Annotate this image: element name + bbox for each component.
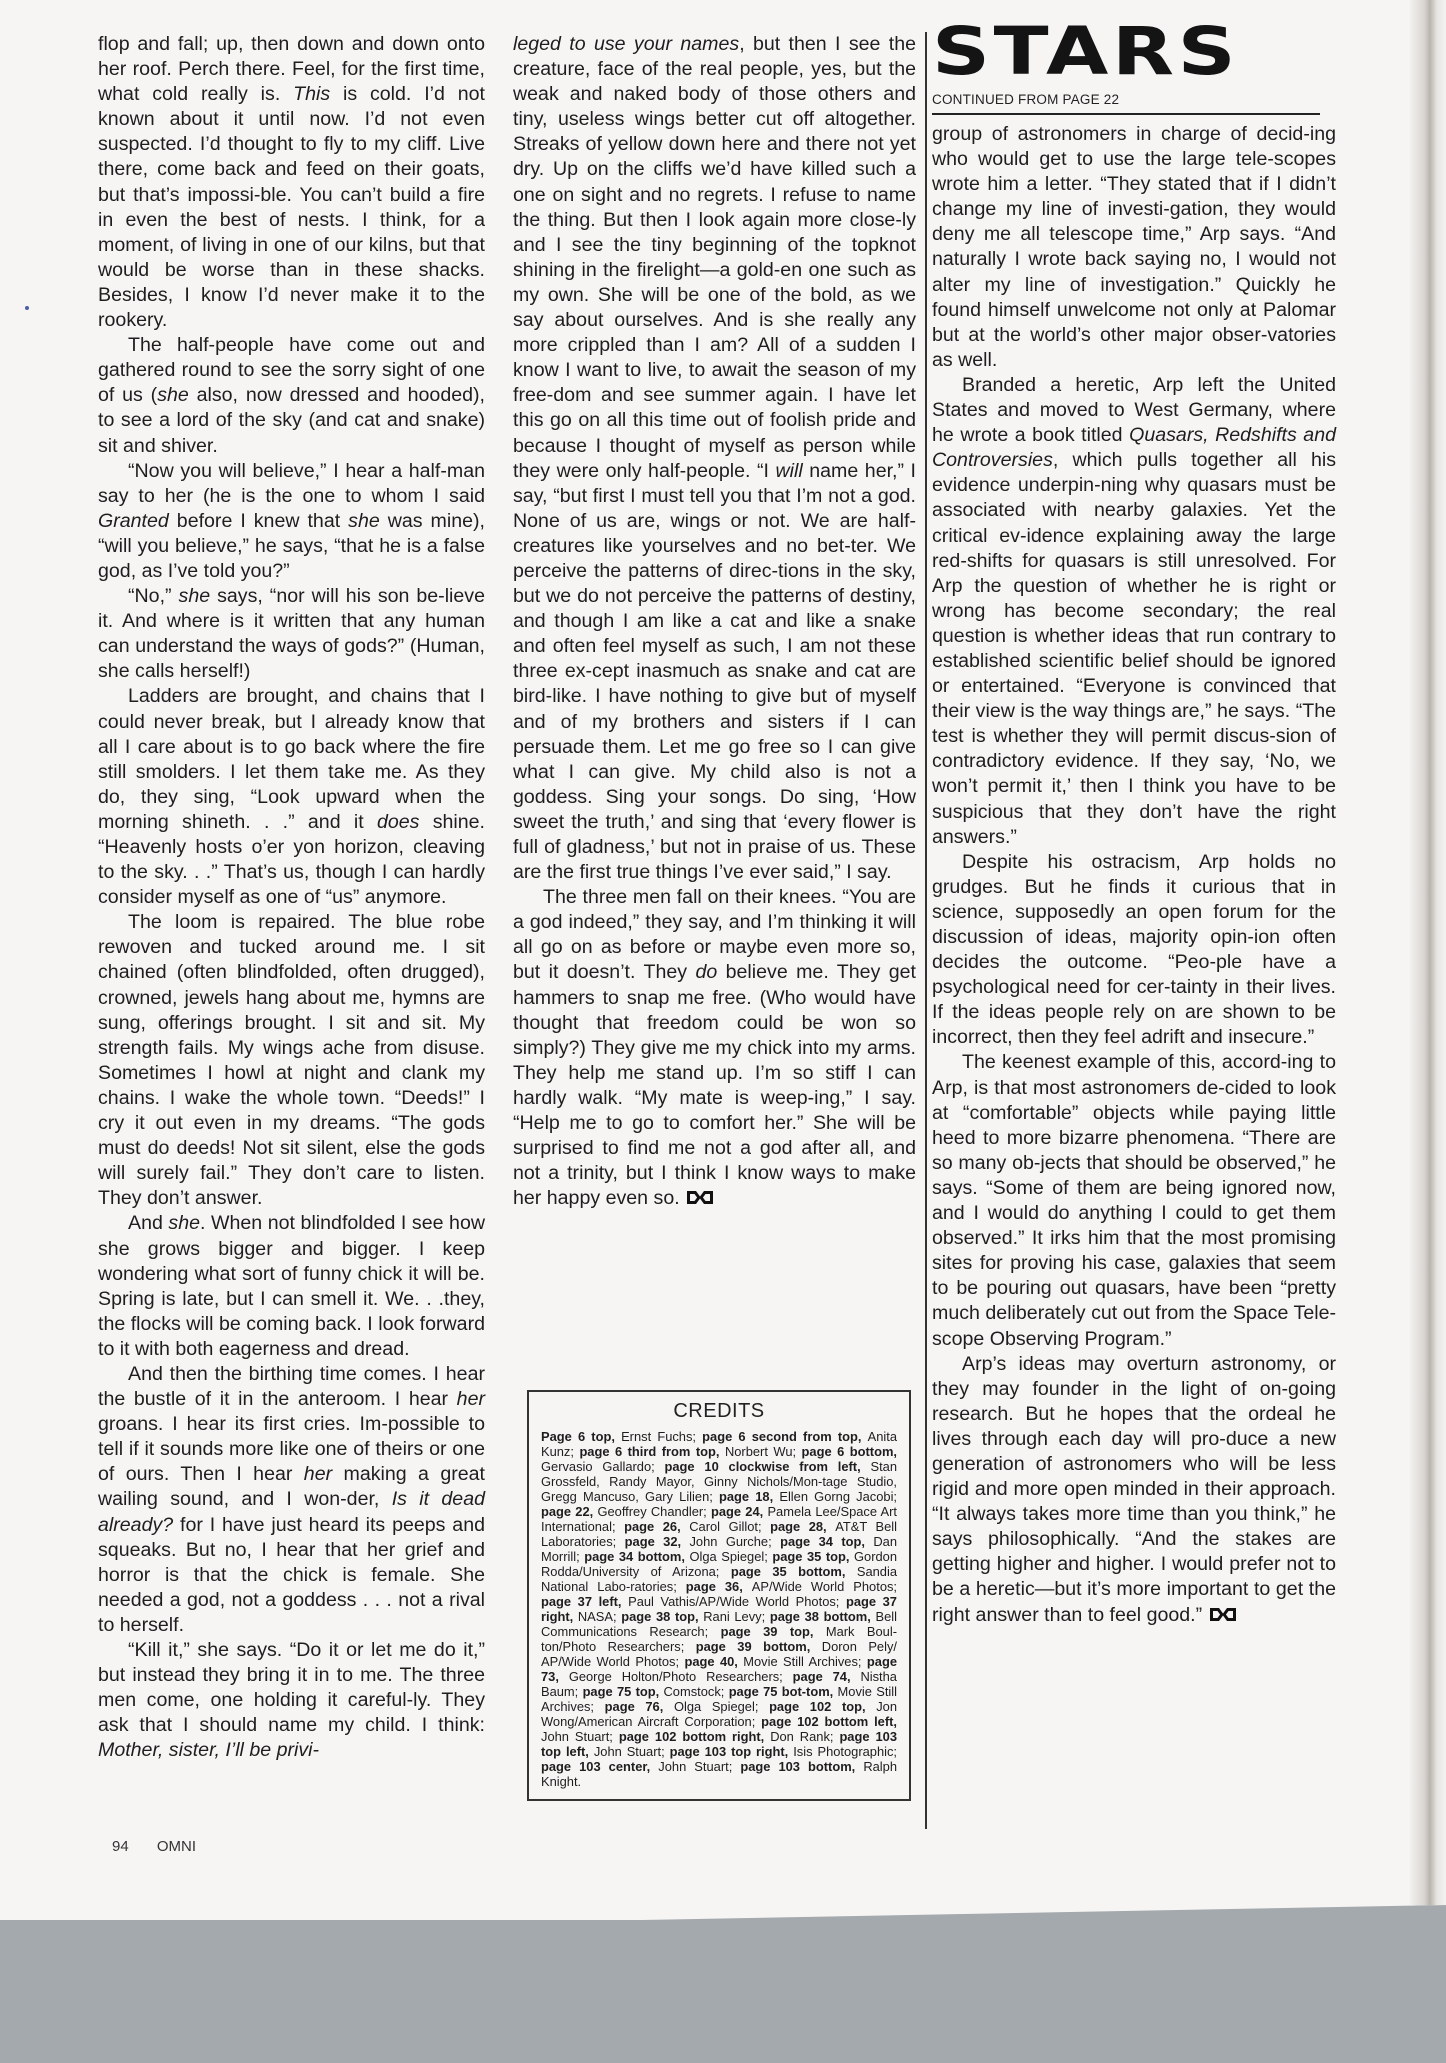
credit-page-ref: page 40, xyxy=(684,1654,743,1669)
credit-page-ref: page 6 third from top, xyxy=(579,1444,725,1459)
column-divider xyxy=(925,32,927,1829)
credit-page-ref: page 102 top, xyxy=(769,1699,876,1714)
credit-page-ref: page 18, xyxy=(719,1489,779,1504)
paragraph: And then the birthing time comes. I hear… xyxy=(98,1362,485,1638)
paragraph: And she. When not blindfolded I see how … xyxy=(98,1211,485,1362)
credit-name: NASA; xyxy=(578,1609,621,1624)
credit-name: Isis Photographic; xyxy=(793,1744,897,1759)
page-footer: 94 OMNI xyxy=(112,1838,196,1855)
credit-page-ref: page 103 bottom, xyxy=(740,1759,863,1774)
credit-name: Don Rank; xyxy=(770,1729,839,1744)
paragraph: Despite his ostracism, Arp holds no grud… xyxy=(932,850,1336,1051)
paragraph: The half-people have come out and gather… xyxy=(98,333,485,458)
section-title: STARS xyxy=(932,22,1425,82)
credit-page-ref: page 75 top, xyxy=(583,1684,664,1699)
credits-box: CREDITS Page 6 top, Ernst Fuchs; page 6 … xyxy=(527,1390,911,1801)
credit-name: Comstock; xyxy=(664,1684,729,1699)
credit-name: Ernst Fuchs; xyxy=(621,1429,702,1444)
page-number: 94 xyxy=(112,1838,129,1855)
paragraph: flop and fall; up, then down and down on… xyxy=(98,32,485,333)
credit-page-ref: page 74, xyxy=(793,1669,861,1684)
magazine-name: OMNI xyxy=(157,1838,196,1855)
credit-page-ref: page 28, xyxy=(770,1519,835,1534)
credit-name: George Holton/Photo Researchers; xyxy=(569,1669,793,1684)
credit-page-ref: page 24, xyxy=(711,1504,767,1519)
credits-title: CREDITS xyxy=(541,1400,897,1423)
credit-name: Norbert Wu; xyxy=(725,1444,802,1459)
header-rule xyxy=(932,113,1320,115)
credit-page-ref: page 38 bottom, xyxy=(770,1609,876,1624)
credit-page-ref: Page 6 top, xyxy=(541,1429,621,1444)
credit-name: Movie Still Archives; xyxy=(743,1654,867,1669)
credit-name: Olga Spiegel; xyxy=(674,1699,769,1714)
credit-page-ref: page 35 top, xyxy=(772,1549,854,1564)
story-column-2: leged to use your names, but then I see … xyxy=(513,32,916,1211)
credit-page-ref: page 34 bottom, xyxy=(584,1549,689,1564)
paragraph: The keenest example of this, accord-ing … xyxy=(932,1050,1336,1351)
credit-page-ref: page 102 bottom left, xyxy=(761,1714,897,1729)
credit-name: John Gurche; xyxy=(689,1534,780,1549)
credit-page-ref: page 34 top, xyxy=(780,1534,873,1549)
continued-from-label: CONTINUED FROM PAGE 22 xyxy=(932,92,1336,107)
credit-page-ref: page 39 bottom, xyxy=(696,1639,822,1654)
paragraph: Branded a heretic, Arp left the United S… xyxy=(932,373,1336,850)
stars-article-column: group of astronomers in charge of decid-… xyxy=(932,122,1336,1628)
credit-page-ref: page 6 second from top, xyxy=(702,1429,867,1444)
paragraph: The three men fall on their knees. “You … xyxy=(513,885,916,1211)
binding-gutter xyxy=(1410,0,1446,1915)
credit-page-ref: page 10 clockwise from left, xyxy=(665,1459,871,1474)
credit-page-ref: page 102 bottom right, xyxy=(619,1729,770,1744)
paragraph: Arp’s ideas may overturn astronomy, or t… xyxy=(932,1352,1336,1628)
paragraph: leged to use your names, but then I see … xyxy=(513,32,916,885)
paragraph: “No,” she says, “nor will his son be-lie… xyxy=(98,584,485,684)
credit-name: John Stuart; xyxy=(658,1759,740,1774)
credit-page-ref: page 76, xyxy=(605,1699,674,1714)
credit-page-ref: page 37 left, xyxy=(541,1594,628,1609)
credits-list: Page 6 top, Ernst Fuchs; page 6 second f… xyxy=(541,1429,897,1789)
credit-page-ref: page 36, xyxy=(686,1579,752,1594)
magazine-page: flop and fall; up, then down and down on… xyxy=(0,0,1446,1920)
credit-name: Gervasio Gallardo; xyxy=(541,1459,665,1474)
margin-ink-dot xyxy=(25,306,29,310)
credit-page-ref: page 22, xyxy=(541,1504,597,1519)
credit-page-ref: page 26, xyxy=(624,1519,689,1534)
credit-name: Carol Gillot; xyxy=(689,1519,770,1534)
credit-page-ref: page 6 bottom, xyxy=(802,1444,897,1459)
credit-name: AP/Wide World Photos; xyxy=(752,1579,897,1594)
credit-name: John Stuart; xyxy=(594,1744,670,1759)
credit-name: Geoffrey Chandler; xyxy=(597,1504,711,1519)
credit-name: Rani Levy; xyxy=(703,1609,770,1624)
credit-page-ref: page 75 bot-tom, xyxy=(729,1684,838,1699)
paragraph: “Kill it,” she says. “Do it or let me do… xyxy=(98,1638,485,1763)
paragraph: “Now you will believe,” I hear a half-ma… xyxy=(98,459,485,584)
credit-name: John Stuart; xyxy=(541,1729,619,1744)
credit-page-ref: page 38 top, xyxy=(621,1609,703,1624)
paragraph: Ladders are brought, and chains that I c… xyxy=(98,684,485,910)
story-column-1: flop and fall; up, then down and down on… xyxy=(98,32,485,1763)
stars-section-header: STARS CONTINUED FROM PAGE 22 xyxy=(932,22,1336,115)
credit-page-ref: page 103 center, xyxy=(541,1759,658,1774)
credit-page-ref: page 39 top, xyxy=(721,1624,826,1639)
credit-page-ref: page 32, xyxy=(625,1534,690,1549)
paragraph: group of astronomers in charge of decid-… xyxy=(932,122,1336,373)
credit-name: Ellen Gorng Jacobi; xyxy=(779,1489,897,1504)
credit-page-ref: page 103 top right, xyxy=(670,1744,794,1759)
credit-name: Olga Spiegel; xyxy=(689,1549,772,1564)
paragraph: The loom is repaired. The blue robe rewo… xyxy=(98,910,485,1211)
credit-name: Paul Vathis/AP/Wide World Photos; xyxy=(628,1594,846,1609)
end-mark-icon xyxy=(1208,1607,1238,1622)
credit-page-ref: page 35 bottom, xyxy=(731,1564,857,1579)
end-mark-icon xyxy=(685,1190,715,1205)
